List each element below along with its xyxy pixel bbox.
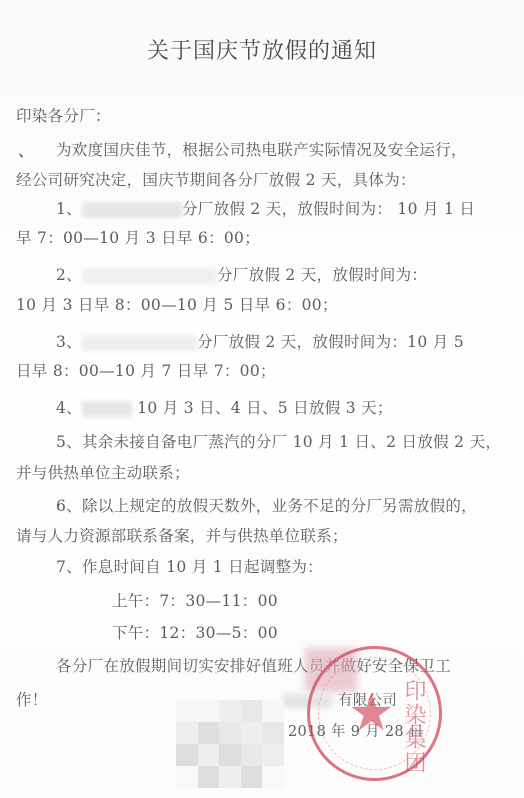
item-7-number: 7、: [56, 558, 82, 576]
item-3: 3、分厂放假 2 天，放假时间为：10 月 5: [56, 330, 464, 352]
item-4: 4、 10 月 3 日、4 日、5 日放假 3 天；: [56, 396, 393, 418]
redacted-factory-names: [82, 202, 182, 218]
item-4-number: 4、: [56, 399, 82, 417]
document-page: 关于国庆节放假的通知 印染各分厂： 、 为欢度国庆佳节，根据公司热电联产实际情况…: [0, 0, 524, 798]
item-2-line-2: 10 月 3 日早 8：00—10 月 5 日早 6：00；: [16, 293, 338, 315]
item-2-text: 分厂放假 2 天，放假时间为：: [217, 266, 427, 284]
redacted-factory-name: [82, 401, 132, 417]
schedule-morning: 上午：7：30—11：00: [112, 589, 278, 611]
item-5-text: 其余未接自备电厂蒸汽的分厂 10 月 1 日、2 日放假 2 天，: [82, 433, 501, 451]
redacted-factory-names: [82, 335, 197, 351]
schedule-afternoon: 下午：12：30—5：00: [112, 621, 278, 643]
item-2-number: 2、: [56, 266, 82, 284]
mosaic-redaction: [176, 700, 284, 788]
item-7-text: 作息时间自 10 月 1 日起调整为：: [82, 558, 323, 576]
item-1-line-2: 早 7：00—10 月 3 日早 6：00；: [16, 226, 260, 248]
item-5: 5、其余未接自备电厂蒸汽的分厂 10 月 1 日、2 日放假 2 天，: [56, 430, 501, 452]
stray-mark: 、: [18, 138, 34, 161]
item-5-line-2: 并与供热单位主动联系；: [16, 461, 190, 483]
star-icon: ★: [348, 687, 395, 739]
item-3-text: 分厂放假 2 天，放假时间为：10 月 5: [197, 333, 464, 351]
redacted-factory-names: [82, 268, 217, 284]
item-6-number: 6、: [56, 497, 82, 515]
item-6-text: 除以上规定的放假天数外，业务不足的分厂另需放假的，: [82, 497, 477, 515]
official-stamp: ★ 印染集团: [307, 646, 442, 781]
item-1-text: 分厂放假 2 天，放假时间为： 10 月 1 日: [182, 200, 475, 218]
stamp-text: 印染集团: [398, 679, 429, 775]
item-6: 6、除以上规定的放假天数外，业务不足的分厂另需放假的，: [56, 494, 477, 516]
item-3-line-2: 日早 8：00—10 月 7 日早 7：00；: [16, 359, 276, 381]
salutation: 印染各分厂：: [16, 104, 111, 126]
item-1: 1、分厂放假 2 天，放假时间为： 10 月 1 日: [56, 197, 475, 219]
intro-line-2: 经公司研究决定，国庆节期间各分厂放假 2 天，具体为：: [16, 168, 416, 190]
item-6-line-2: 请与人力资源部联系备案，并与供热单位联系；: [16, 524, 348, 546]
item-7: 7、作息时间自 10 月 1 日起调整为：: [56, 555, 323, 577]
item-1-number: 1、: [56, 200, 82, 218]
item-2: 2、分厂放假 2 天，放假时间为：: [56, 263, 427, 285]
intro-line-1: 为欢度国庆佳节，根据公司热电联产实际情况及安全运行，: [56, 138, 467, 160]
document-title: 关于国庆节放假的通知: [0, 34, 524, 65]
closing-line-2: 作！: [16, 688, 48, 710]
item-5-number: 5、: [56, 433, 82, 451]
item-3-number: 3、: [56, 333, 82, 351]
item-4-text: 10 月 3 日、4 日、5 日放假 3 天；: [137, 399, 393, 417]
